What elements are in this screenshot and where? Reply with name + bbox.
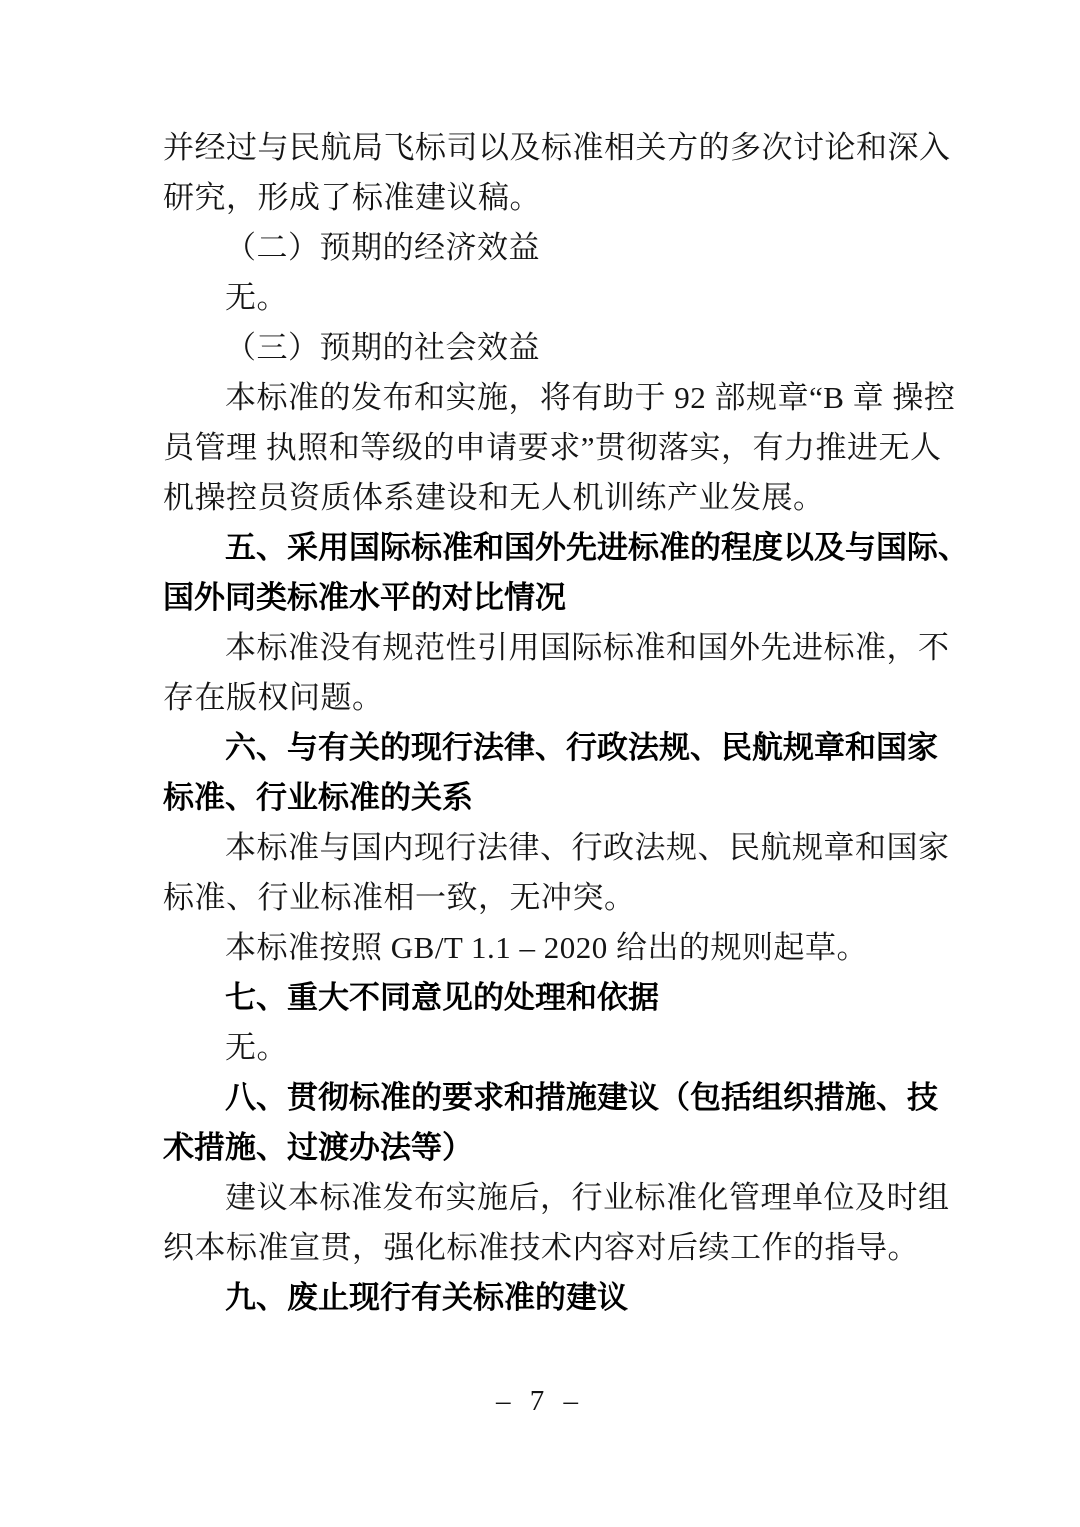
body-text-line: 员管理 执照和等级的申请要求”贯彻落实，有力推进无人 [163,423,938,473]
heading-line: 六、与有关的现行法律、行政法规、民航规章和国家 [163,723,938,773]
body-text-line: 本标准与国内现行法律、行政法规、民航规章和国家 [163,823,938,873]
body-text-line: 建议本标准发布实施后，行业标准化管理单位及时组 [163,1173,938,1223]
heading-line: 国外同类标准水平的对比情况 [163,573,938,623]
body-text-line: 无。 [163,273,938,323]
body-text-line: 本标准按照 GB/T 1.1 – 2020 给出的规则起草。 [163,923,938,973]
heading-line: 五、采用国际标准和国外先进标准的程度以及与国际、 [163,523,938,573]
heading-line: 术措施、过渡办法等） [163,1123,938,1173]
body-text-line: 无。 [163,1023,938,1073]
body-text-line: 研究，形成了标准建议稿。 [163,173,938,223]
body-text-line: 本标准的发布和实施，将有助于 92 部规章“B 章 操控 [163,373,938,423]
body-text-line: （三）预期的社会效益 [163,323,938,373]
body-text-line: 存在版权问题。 [163,673,938,723]
body-text-line: 本标准没有规范性引用国际标准和国外先进标准，不 [163,623,938,673]
document-page: 并经过与民航局飞标司以及标准相关方的多次讨论和深入研究，形成了标准建议稿。（二）… [0,0,1080,1527]
body-text-line: （二）预期的经济效益 [163,223,938,273]
body-text-line: 织本标准宣贯，强化标准技术内容对后续工作的指导。 [163,1223,938,1273]
heading-line: 八、贯彻标准的要求和措施建议（包括组织措施、技 [163,1073,938,1123]
document-lines: 并经过与民航局飞标司以及标准相关方的多次讨论和深入研究，形成了标准建议稿。（二）… [163,123,938,1323]
body-text-line: 并经过与民航局飞标司以及标准相关方的多次讨论和深入 [163,123,938,173]
heading-line: 七、重大不同意见的处理和依据 [163,973,938,1023]
body-text-line: 机操控员资质体系建设和无人机训练产业发展。 [163,473,938,523]
heading-line: 标准、行业标准的关系 [163,773,938,823]
page-number: – 7 – [0,1385,1080,1418]
heading-line: 九、废止现行有关标准的建议 [163,1273,938,1323]
body-text-line: 标准、行业标准相一致，无冲突。 [163,873,938,923]
